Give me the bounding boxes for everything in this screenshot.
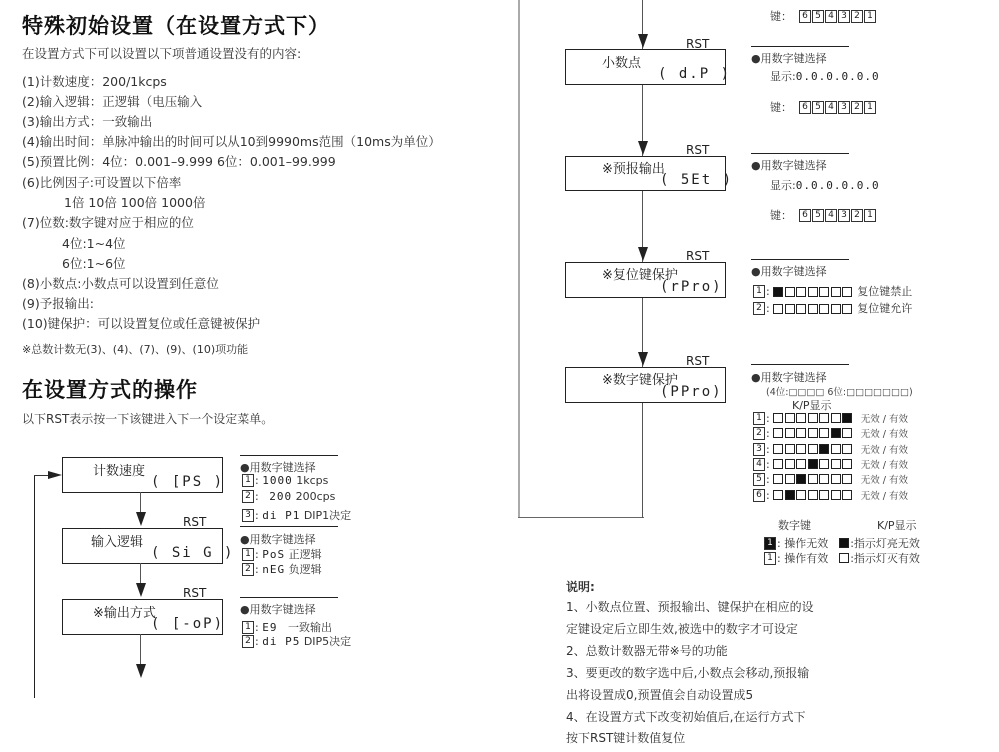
legend-digit-key-title: 数字键 bbox=[778, 517, 811, 533]
option-desc: 1kcps bbox=[296, 474, 328, 487]
key-4: 4 bbox=[825, 209, 837, 222]
empty-square-icon bbox=[785, 459, 795, 469]
status-text: 无效 / 有效 bbox=[861, 472, 908, 486]
display-label: 显示: bbox=[770, 177, 796, 193]
box-code: (rPro) bbox=[660, 279, 723, 295]
empty-square-icon bbox=[773, 304, 783, 314]
digit-protect-row: 3: 无效 / 有效 bbox=[753, 442, 908, 456]
note-line: 2、总数计数器无带※号的功能 bbox=[566, 642, 728, 659]
empty-square-icon bbox=[796, 490, 806, 500]
flow-box-preset-output: ※预报输出 ( 5Et ) bbox=[565, 156, 726, 191]
loop-line-right bbox=[518, 0, 520, 518]
note-line: 1、小数点位置、预报输出、键保护在相应的设 bbox=[566, 598, 814, 615]
legend-row: 1: 操作有效 :指示灯灭有效 bbox=[764, 550, 920, 566]
item-5: (5)预置比例：4位：0.001–9.999 6位：0.001–99.999 bbox=[22, 152, 336, 170]
key-2: 2 bbox=[851, 10, 863, 23]
segment-display: di P5 bbox=[262, 635, 300, 648]
status-text: 无效 / 有效 bbox=[861, 411, 908, 425]
arrow-down-icon bbox=[638, 141, 648, 155]
empty-square-icon bbox=[808, 474, 818, 484]
box-label: 输入逻辑 bbox=[91, 531, 143, 550]
empty-square-icon bbox=[842, 474, 852, 484]
box-label: 计数速度 bbox=[93, 460, 145, 479]
empty-square-icon bbox=[785, 413, 795, 423]
key-5: 5 bbox=[812, 101, 824, 114]
box-code: (PPro) bbox=[660, 384, 723, 400]
keys-row: 键： 654321 bbox=[770, 8, 877, 24]
key-1: 1 bbox=[242, 474, 254, 487]
filled-square-icon bbox=[773, 287, 783, 297]
key-3: 3 bbox=[838, 101, 850, 114]
empty-square-icon bbox=[819, 428, 829, 438]
arrow-down-icon bbox=[136, 512, 146, 526]
filled-square-icon bbox=[808, 459, 818, 469]
divider bbox=[751, 153, 849, 154]
empty-square-icon bbox=[831, 459, 841, 469]
connector bbox=[140, 492, 141, 514]
empty-square-icon bbox=[796, 459, 806, 469]
option-row: 1: PoS 正逻辑 bbox=[242, 546, 322, 562]
key-6: 6 bbox=[799, 101, 811, 114]
key-6: 6 bbox=[753, 489, 765, 502]
key-4: 4 bbox=[753, 458, 765, 471]
indicator-pattern bbox=[773, 302, 854, 315]
divider bbox=[751, 259, 849, 260]
empty-square-icon bbox=[785, 474, 795, 484]
empty-square-icon bbox=[819, 474, 829, 484]
empty-square-icon bbox=[819, 490, 829, 500]
option-row: 2: di P5 DIP5决定 bbox=[242, 633, 351, 649]
status-text: 无效 / 有效 bbox=[861, 457, 908, 471]
flow-box-digit-key-protect: ※数字键保护 (PPro) bbox=[565, 367, 726, 403]
empty-square-icon bbox=[831, 490, 841, 500]
section1-title: 特殊初始设置（在设置方式下） bbox=[22, 10, 330, 40]
key-5: 5 bbox=[753, 473, 765, 486]
item-3: (3)输出方式：一致输出 bbox=[22, 112, 152, 130]
notes-title: 说明: bbox=[566, 578, 595, 595]
status-text: 无效 / 有效 bbox=[861, 442, 908, 456]
empty-square-icon bbox=[785, 287, 795, 297]
box-label: 小数点 bbox=[602, 52, 641, 71]
option-row: 2: 200 200cps bbox=[242, 490, 335, 503]
key-6: 6 bbox=[799, 209, 811, 222]
key-6: 6 bbox=[799, 10, 811, 23]
option-desc: 200cps bbox=[296, 490, 336, 503]
select-header: ●用数字键选择 bbox=[751, 369, 827, 385]
item-6: (6)比例因子:可设置以下倍率 bbox=[22, 173, 181, 191]
display-label: 显示: bbox=[770, 68, 796, 84]
empty-square-icon bbox=[819, 459, 829, 469]
filled-square-icon bbox=[839, 538, 849, 548]
segment-display: di P1 bbox=[262, 509, 300, 522]
empty-square-icon bbox=[842, 304, 852, 314]
reset-protect-option: 1: 复位键禁止 bbox=[753, 283, 912, 299]
status-text: 无效 / 有效 bbox=[861, 488, 908, 502]
select-header: ●用数字键选择 bbox=[751, 263, 827, 279]
segment-display: 0.0.0.0.0.0 bbox=[796, 70, 880, 83]
note-line: 定键设定后立即生效,被选中的数字才可设定 bbox=[566, 620, 798, 637]
divider bbox=[751, 364, 849, 365]
empty-square-icon bbox=[831, 413, 841, 423]
legend-desc: 指示灯灭有效 bbox=[854, 550, 920, 566]
item-9: (9)予报输出: bbox=[22, 294, 94, 312]
key-1: 1 bbox=[242, 621, 254, 634]
empty-square-icon bbox=[796, 444, 806, 454]
rst-label: RST bbox=[183, 586, 206, 600]
digit-subtitle: (4位:□□□□ 6位:□□□□□□□) bbox=[766, 384, 913, 398]
digit-protect-row: 1: 无效 / 有效 bbox=[753, 411, 908, 425]
box-label: ※输出方式 bbox=[93, 602, 156, 621]
empty-square-icon bbox=[808, 490, 818, 500]
segment-display: 200 bbox=[269, 490, 292, 503]
empty-square-icon bbox=[819, 287, 829, 297]
filled-square-icon bbox=[831, 428, 841, 438]
empty-square-icon bbox=[839, 553, 849, 563]
segment-display: 1000 bbox=[262, 474, 293, 487]
empty-square-icon bbox=[785, 428, 795, 438]
loop-line bbox=[34, 475, 35, 698]
option-row: 2: nEG 负逻辑 bbox=[242, 561, 322, 577]
digit-protect-row: 6: 无效 / 有效 bbox=[753, 488, 908, 502]
key-3: 3 bbox=[242, 509, 254, 522]
item-7: (7)位数:数字键对应于相应的位 bbox=[22, 213, 194, 231]
box-code: ( [-oP) bbox=[151, 616, 224, 632]
rst-label: RST bbox=[183, 515, 206, 529]
flow-box-input-logic: 输入逻辑 ( Si G ) bbox=[62, 528, 223, 564]
empty-square-icon bbox=[796, 428, 806, 438]
key-4: 4 bbox=[825, 10, 837, 23]
empty-square-icon bbox=[808, 287, 818, 297]
select-header: ●用数字键选择 bbox=[240, 459, 316, 475]
empty-square-icon bbox=[842, 428, 852, 438]
box-code: ( 5Et ) bbox=[660, 172, 733, 188]
box-code: ( [PS ) bbox=[151, 474, 224, 490]
item-1: (1)计数速度：200/1kcps bbox=[22, 72, 167, 90]
item-8: (8)小数点:小数点可以设置到任意位 bbox=[22, 274, 219, 292]
item-7-sub2: 6位:1~6位 bbox=[62, 254, 126, 272]
empty-square-icon bbox=[831, 304, 841, 314]
key-2: 2 bbox=[851, 209, 863, 222]
keys-row: 键： 654321 bbox=[770, 99, 877, 115]
digit-protect-row: 4: 无效 / 有效 bbox=[753, 457, 908, 471]
arrow-down-icon bbox=[136, 664, 146, 678]
empty-square-icon bbox=[842, 459, 852, 469]
option-desc: 复位键允许 bbox=[857, 300, 912, 316]
select-header: ●用数字键选择 bbox=[240, 601, 316, 617]
arrow-right-icon bbox=[48, 471, 62, 479]
empty-square-icon bbox=[808, 444, 818, 454]
key-2: 2 bbox=[753, 427, 765, 440]
inverted-key-icon: 1 bbox=[764, 537, 776, 550]
arrow-down-icon bbox=[638, 352, 648, 366]
item-4: (4)输出时间：单脉冲输出的时间可以从10到9990ms范围（10ms为单位） bbox=[22, 132, 441, 150]
empty-square-icon bbox=[819, 304, 829, 314]
connector bbox=[140, 634, 141, 666]
key-3: 3 bbox=[838, 209, 850, 222]
display-row: 显示:0.0.0.0.0.0 bbox=[770, 177, 880, 193]
select-header: ●用数字键选择 bbox=[751, 157, 827, 173]
display-row: 显示:0.0.0.0.0.0 bbox=[770, 68, 880, 84]
option-desc: 复位键禁止 bbox=[857, 283, 912, 299]
empty-square-icon bbox=[796, 413, 806, 423]
empty-square-icon bbox=[773, 490, 783, 500]
note-line: 出将设置成0,预置值会自动设置成5 bbox=[566, 686, 753, 703]
option-desc: 负逻辑 bbox=[289, 561, 322, 577]
box-code: ( Si G ) bbox=[151, 545, 234, 561]
key-1: 1 bbox=[753, 412, 765, 425]
digit-protect-row: 5: 无效 / 有效 bbox=[753, 472, 908, 486]
empty-square-icon bbox=[773, 413, 783, 423]
section1-note: ※总数计数无(3)、(4)、(7)、(9)、(10)项功能 bbox=[22, 341, 248, 357]
segment-display: nEG bbox=[262, 563, 285, 576]
rst-label: RST bbox=[686, 354, 709, 368]
key-1: 1 bbox=[864, 209, 876, 222]
keys-row: 键： 654321 bbox=[770, 207, 877, 223]
empty-square-icon bbox=[842, 444, 852, 454]
divider bbox=[240, 455, 338, 456]
empty-square-icon bbox=[773, 459, 783, 469]
box-label: ※预报输出 bbox=[602, 158, 665, 177]
filled-square-icon bbox=[842, 413, 852, 423]
select-header: ●用数字键选择 bbox=[751, 50, 827, 66]
segment-display: E9 bbox=[262, 621, 277, 634]
empty-square-icon bbox=[842, 490, 852, 500]
item-6-sub: 1倍 10倍 100倍 1000倍 bbox=[64, 193, 205, 211]
empty-square-icon bbox=[796, 304, 806, 314]
key-2: 2 bbox=[242, 490, 254, 503]
key-1: 1 bbox=[864, 101, 876, 114]
legend-desc: 操作有效 bbox=[784, 550, 828, 566]
divider bbox=[751, 46, 849, 47]
key-1: 1 bbox=[864, 10, 876, 23]
box-code: ( d.P ) bbox=[658, 66, 731, 82]
empty-square-icon bbox=[831, 287, 841, 297]
empty-square-icon bbox=[785, 304, 795, 314]
section2-title: 在设置方式的操作 bbox=[22, 374, 198, 404]
key-icon: 1 bbox=[764, 552, 776, 565]
flow-box-reset-key-protect: ※复位键保护 (rPro) bbox=[565, 262, 726, 298]
divider bbox=[240, 597, 338, 598]
flow-box-output-mode: ※输出方式 ( [-oP) bbox=[62, 599, 223, 635]
key-3: 3 bbox=[838, 10, 850, 23]
empty-square-icon bbox=[773, 428, 783, 438]
empty-square-icon bbox=[808, 428, 818, 438]
rst-label: RST bbox=[686, 143, 709, 157]
arrow-down-icon bbox=[136, 583, 146, 597]
section2-intro: 以下RST表示按一下该键进入下一个设定菜单。 bbox=[22, 410, 273, 427]
filled-square-icon bbox=[785, 490, 795, 500]
empty-square-icon bbox=[773, 444, 783, 454]
segment-display: 0.0.0.0.0.0 bbox=[796, 179, 880, 192]
key-2: 2 bbox=[753, 302, 765, 315]
key-1: 1 bbox=[753, 285, 765, 298]
arrow-down-icon bbox=[638, 34, 648, 48]
option-desc: 正逻辑 bbox=[289, 546, 322, 562]
select-header: ●用数字键选择 bbox=[240, 531, 316, 547]
empty-square-icon bbox=[808, 413, 818, 423]
legend-kp-title: K/P显示 bbox=[877, 517, 917, 533]
empty-square-icon bbox=[773, 474, 783, 484]
flow-box-count-speed: 计数速度 ( [PS ) bbox=[62, 457, 223, 493]
legend-row: 1: 操作无效 :指示灯亮无效 bbox=[764, 535, 920, 551]
option-desc: DIP1决定 bbox=[304, 507, 351, 523]
key-5: 5 bbox=[812, 10, 824, 23]
option-desc: DIP5决定 bbox=[304, 633, 351, 649]
note-line: 3、要更改的数字选中后,小数点会移动,预报输 bbox=[566, 664, 809, 681]
rst-label: RST bbox=[686, 249, 709, 263]
section1-intro: 在设置方式下可以设置以下项普通设置没有的内容: bbox=[22, 44, 301, 62]
divider bbox=[240, 526, 338, 527]
segment-display: PoS bbox=[262, 548, 285, 561]
keys-label: 键： bbox=[770, 99, 792, 115]
empty-square-icon bbox=[785, 444, 795, 454]
empty-square-icon bbox=[842, 287, 852, 297]
item-7-sub1: 4位:1~4位 bbox=[62, 234, 126, 252]
key-2: 2 bbox=[851, 101, 863, 114]
empty-square-icon bbox=[831, 474, 841, 484]
item-2: (2)输入逻辑：正逻辑（电压输入 bbox=[22, 92, 202, 110]
option-row: 3: di P1 DIP1决定 bbox=[242, 507, 351, 523]
empty-square-icon bbox=[808, 304, 818, 314]
key-3: 3 bbox=[753, 443, 765, 456]
option-row: 1: 1000 1kcps bbox=[242, 474, 328, 487]
flow-box-decimal-point: 小数点 ( d.P ) bbox=[565, 49, 726, 85]
keys-label: 键： bbox=[770, 8, 792, 24]
filled-square-icon bbox=[796, 474, 806, 484]
indicator-pattern bbox=[773, 285, 854, 298]
key-4: 4 bbox=[825, 101, 837, 114]
legend-desc: 操作无效 bbox=[784, 535, 828, 551]
empty-square-icon bbox=[796, 287, 806, 297]
loop-bottom bbox=[518, 517, 644, 518]
key-2: 2 bbox=[242, 635, 254, 648]
keys-label: 键： bbox=[770, 207, 792, 223]
legend-desc: 指示灯亮无效 bbox=[854, 535, 920, 551]
empty-square-icon bbox=[831, 444, 841, 454]
item-10: (10)键保护：可以设置复位或任意键被保护 bbox=[22, 314, 260, 332]
arrow-down-icon bbox=[638, 247, 648, 261]
key-1: 1 bbox=[242, 548, 254, 561]
key-5: 5 bbox=[812, 209, 824, 222]
reset-protect-option: 2: 复位键允许 bbox=[753, 300, 912, 316]
connector bbox=[140, 563, 141, 585]
note-line: 4、在设置方式下改变初始值后,在运行方式下 bbox=[566, 708, 805, 725]
status-text: 无效 / 有效 bbox=[861, 426, 908, 440]
digit-protect-row: 2: 无效 / 有效 bbox=[753, 426, 908, 440]
filled-square-icon bbox=[819, 444, 829, 454]
empty-square-icon bbox=[819, 413, 829, 423]
note-line: 按下RST键计数值复位 bbox=[566, 729, 685, 746]
key-2: 2 bbox=[242, 563, 254, 576]
